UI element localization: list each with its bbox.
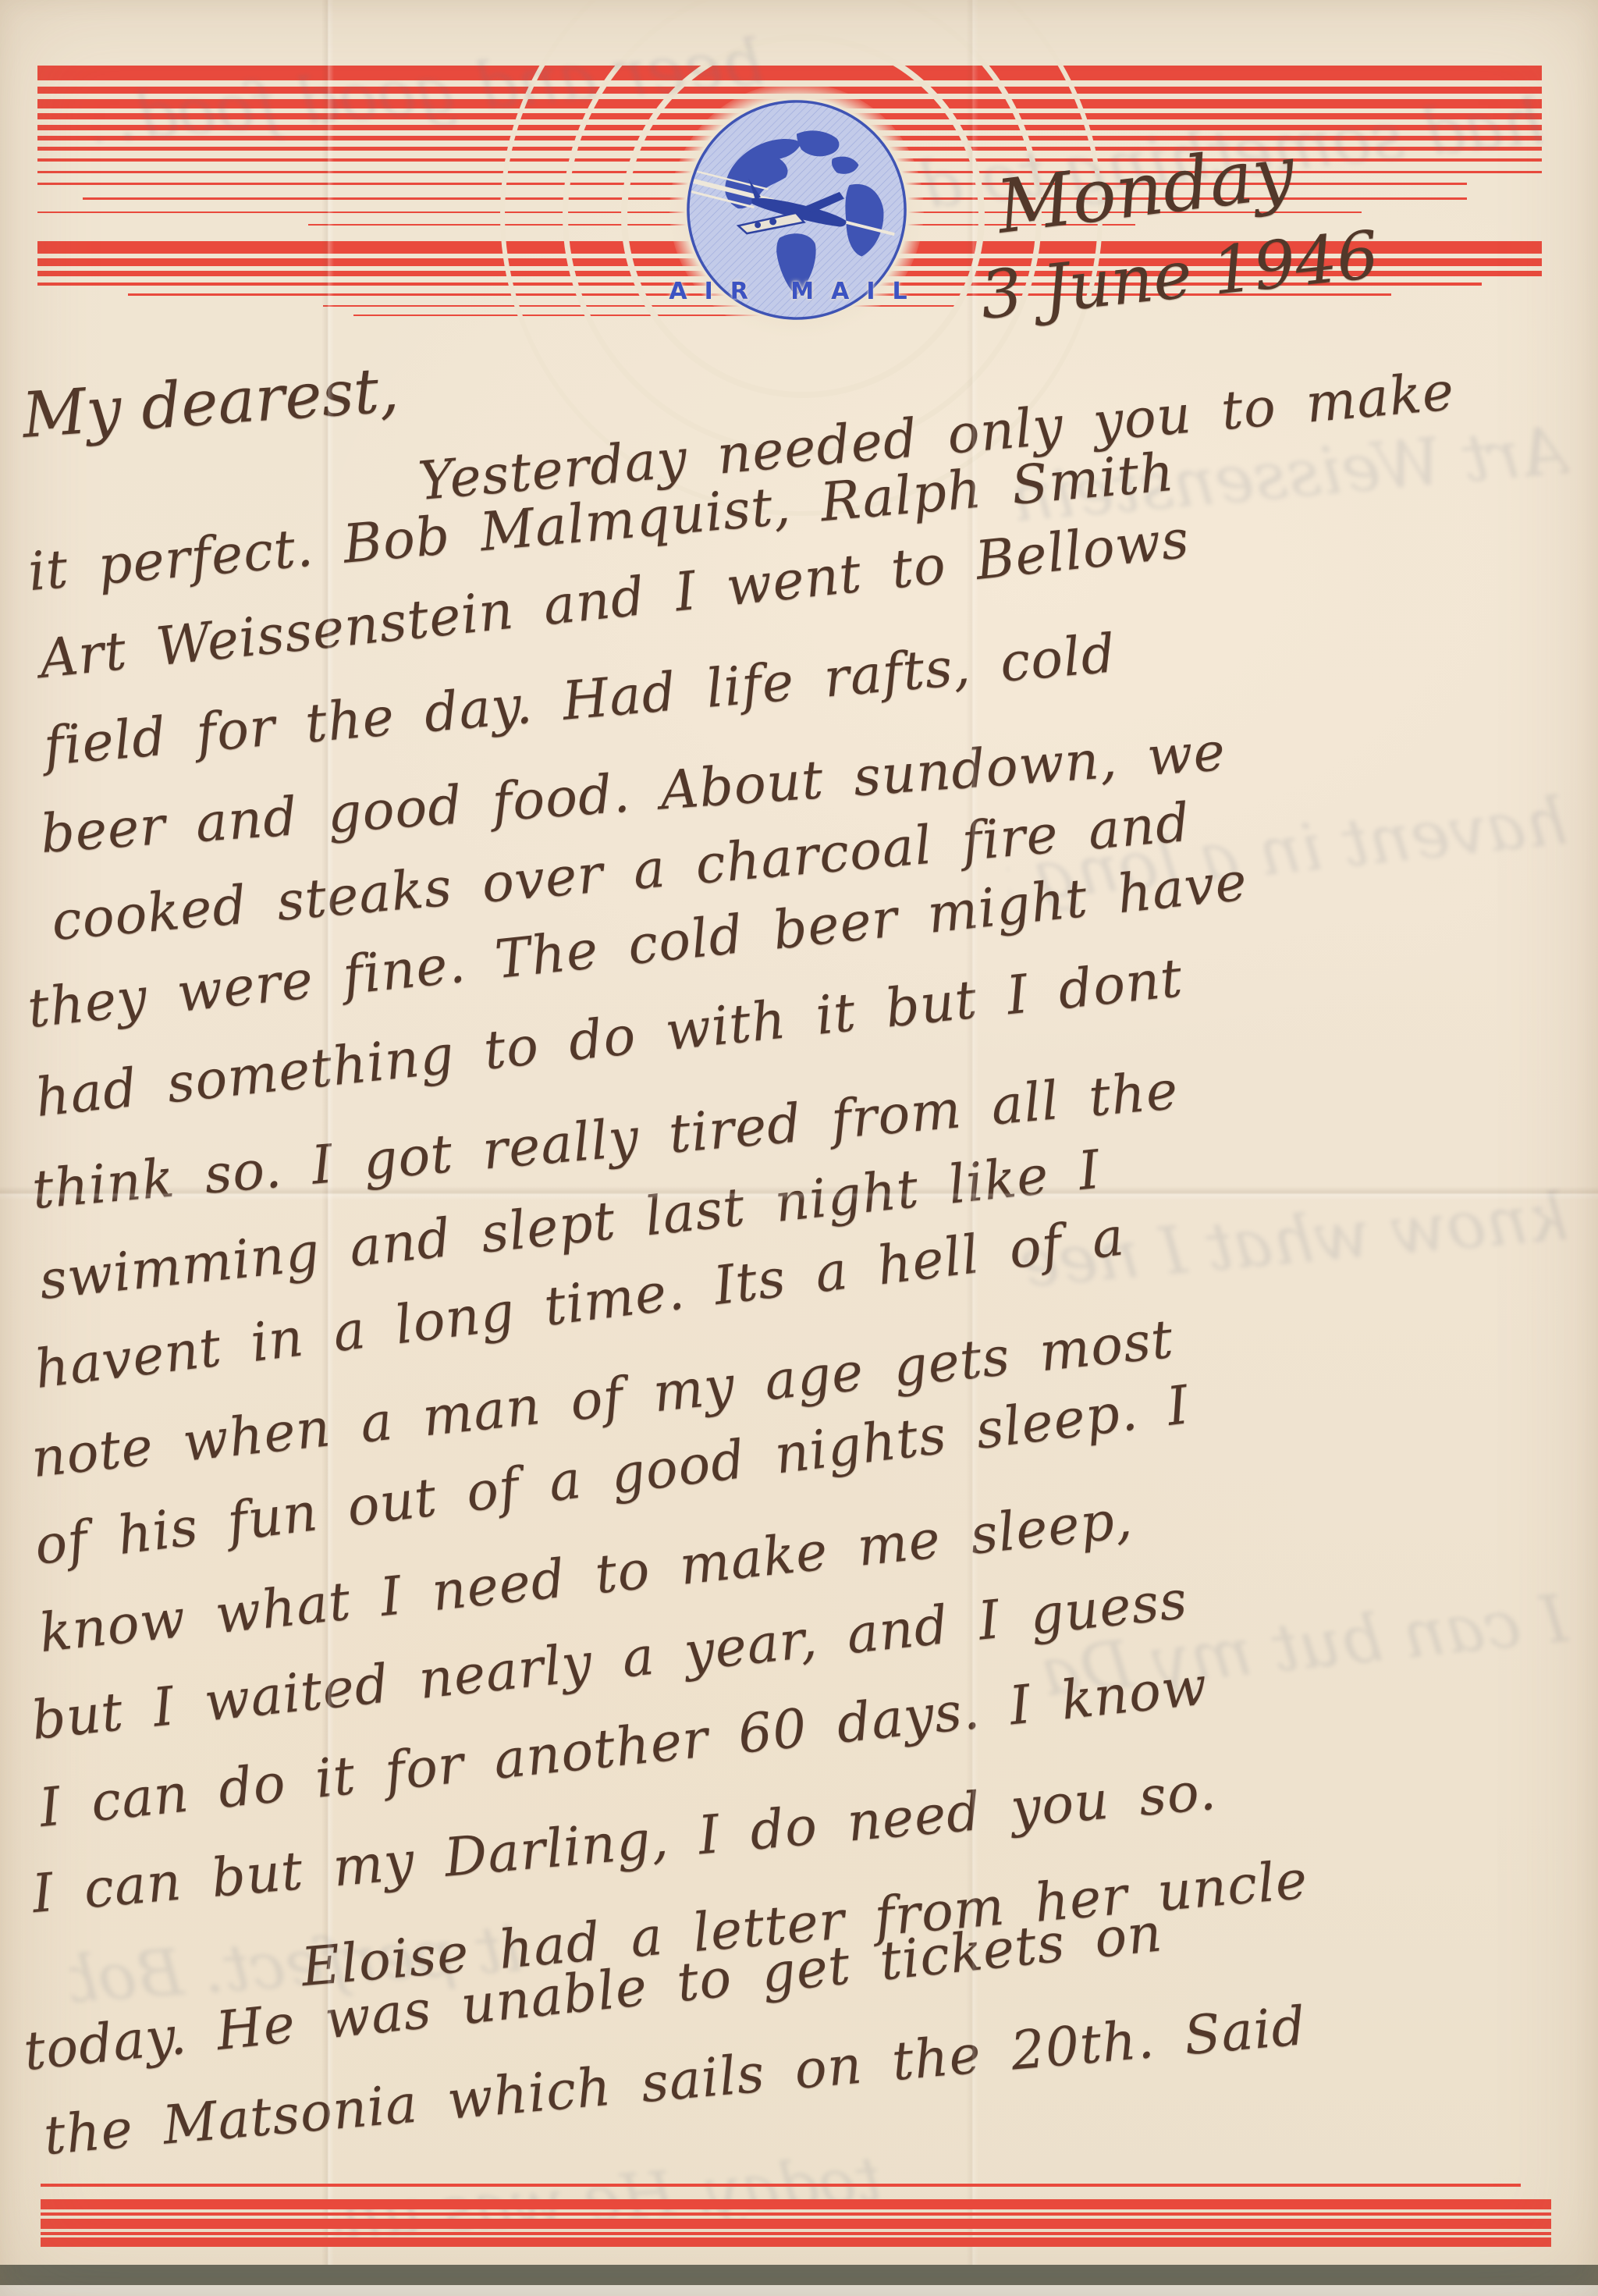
red-stripe (41, 2199, 1551, 2209)
scan-edge-shadow (0, 2265, 1598, 2285)
air-mail-label: AIR MAIL (665, 278, 929, 305)
salutation: My dearest, (20, 354, 401, 452)
red-stripe (41, 2184, 1521, 2187)
red-stripe (41, 2212, 1551, 2216)
red-stripe (41, 2219, 1551, 2229)
letterhead-stripes-bottom (41, 2184, 1551, 2247)
air-mail-globe-logo: AIR MAIL (680, 94, 913, 326)
red-stripe (41, 2232, 1551, 2235)
red-stripe (41, 2237, 1551, 2247)
letter-page: beer and good food. About sundown, we ha… (0, 0, 1598, 2296)
scan-background (0, 2285, 1598, 2296)
